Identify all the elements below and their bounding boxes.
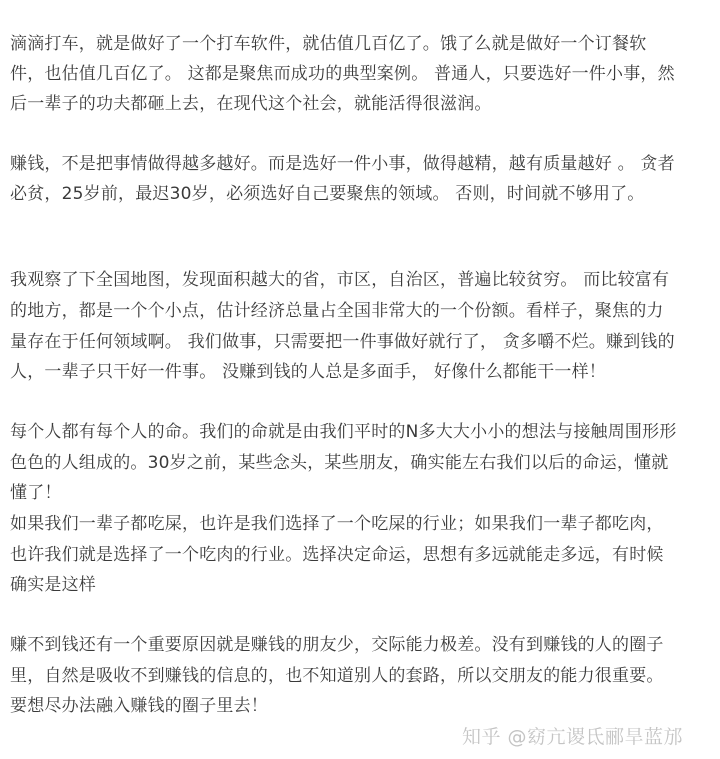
text-line: 人，一辈子只干好一件事。 没赚到钱的人总是多面手， 好像什么都能干一样！ [10, 361, 606, 383]
text-line: 如果我们一辈子都吃屎，也许是我们选择了一个吃屎的行业；如果我们一辈子都吃肉， [10, 513, 664, 535]
text-line: 必贫，25岁前，最迟30岁，必须选好自己要聚焦的领域。 否则，时间就不够用了。 [10, 183, 644, 205]
text-line: 我观察了下全国地图，发现面积越大的省，市区，自治区，普遍比较贫穷。 而比较富有 [10, 269, 669, 291]
text-line: 量存在于任何领域啊。 我们做事，只需要把一件事做好就行了， 贪多嚼不烂。赚到钱的 [10, 331, 675, 353]
text-line: 里，自然是吸收不到赚钱的信息的，也不知道别人的套路，所以交朋友的能力很重要。 [10, 665, 664, 687]
text-line: 赚不到钱还有一个重要原因就是赚钱的朋友少，交际能力极差。没有到赚钱的人的圈子 [10, 634, 664, 656]
text-line: 色色的人组成的。30岁之前，某些念头，某些朋友，确实能左右我们以后的命运，懂就 [10, 452, 668, 474]
text-line: 确实是这样 [10, 574, 96, 596]
text-line: 每个人都有每个人的命。我们的命就是由我们平时的N多大大小小的想法与接触周围形形 [10, 421, 677, 443]
text-line: 也许我们就是选择了一个吃肉的行业。选择决定命运，思想有多远就能走多远，有时候 [10, 544, 664, 566]
text-line: 滴滴打车，就是做好了一个打车软件，就估值几百亿了。饿了么就是做好一个订餐软 [10, 33, 646, 55]
text-line: 件，也估值几百亿了。 这都是聚焦而成功的典型案例。 普通人，只要选好一件小事，然 [10, 63, 675, 85]
text-line: 要想尽办法融入赚钱的圈子里去！ [10, 695, 268, 717]
text-line: 的地方，都是一个个小点，估计经济总量占全国非常大的一个份额。看样子，聚焦的力 [10, 300, 664, 322]
zhihu-watermark: 知乎 @窈亢谡氐郦旱蓝邡 [462, 722, 683, 749]
text-line: 懂了！ [10, 482, 62, 504]
text-line: 赚钱，不是把事情做得越多越好。而是选好一件小事，做得越精，越有质量越好 。 贪者 [10, 153, 675, 175]
text-line: 后一辈子的功夫都砸上去，在现代这个社会，就能活得很滋润。 [10, 93, 492, 115]
